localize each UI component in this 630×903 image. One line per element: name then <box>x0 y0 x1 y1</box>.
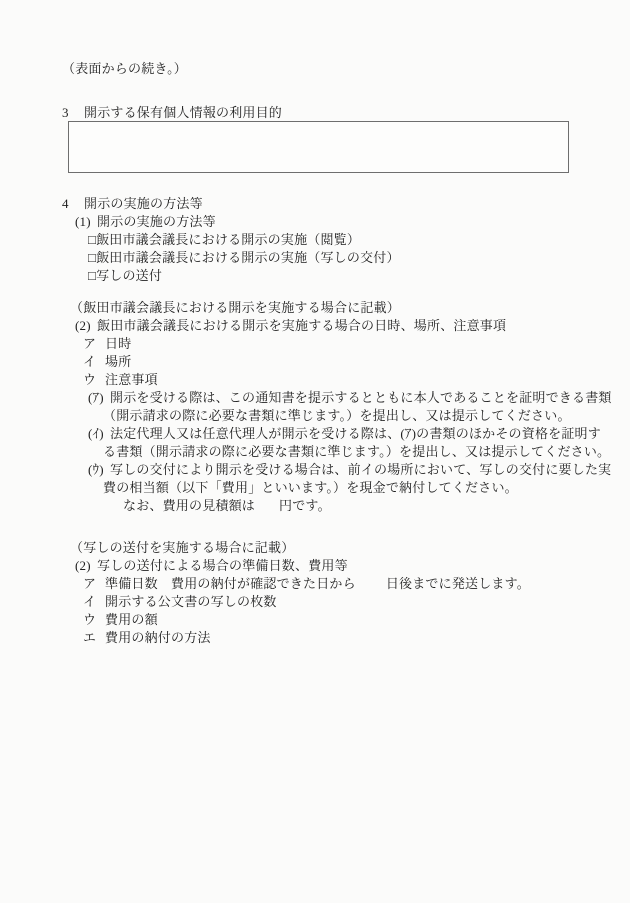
mailing-item-prep-days: ア準備日数 費用の納付が確認できた日から日後までに発送します。 <box>62 575 602 593</box>
prep-days-post: 日後までに発送します。 <box>386 576 530 591</box>
method-option-row: □写しの送付 <box>62 267 602 285</box>
caution-a-line2: （開示請求の際に必要な書類に準じます。）を提出し、又は提示してください。 <box>62 407 602 425</box>
item-label: 費用の納付の方法 <box>105 630 211 645</box>
method-option-row: □飯田市議会議長における開示の実施（閲覧） <box>62 231 602 249</box>
item-marker: イ <box>83 593 105 611</box>
onsite-note: （飯田市議会議長における開示を実施する場合に記載） <box>62 299 602 317</box>
item-label: 費用の額 <box>105 612 158 627</box>
mailing-number: (2) <box>75 557 97 575</box>
mailing-item-fee-amount: ウ費用の額 <box>62 611 602 629</box>
method-option-row: □飯田市議会議長における開示の実施（写しの交付） <box>62 249 602 267</box>
item-marker: ア <box>83 335 105 353</box>
item-marker: ウ <box>83 371 105 389</box>
mailing-subheading: (2)写しの送付による場合の準備日数、費用等 <box>62 557 602 575</box>
onsite-title: 飯田市議会議長における開示を実施する場合の日時、場所、注意事項 <box>97 318 506 333</box>
prep-days-pre: 準備日数 費用の納付が確認できた日から <box>105 576 356 591</box>
onsite-number: (2) <box>75 317 97 335</box>
onsite-item-cautions: ウ注意事項 <box>62 371 602 389</box>
purpose-of-use-box[interactable] <box>68 121 569 173</box>
section3-title: 開示する保有個人情報の利用目的 <box>84 105 282 120</box>
item-marker: エ <box>83 629 105 647</box>
section4-number: 4 <box>62 195 84 213</box>
section4-heading: 4開示の実施の方法等 <box>62 195 602 213</box>
item-label: 場所 <box>105 354 131 369</box>
item-marker: ウ <box>83 611 105 629</box>
method-title: 開示の実施の方法等 <box>97 214 216 229</box>
caution-b-line2: る書類（開示請求の際に必要な書類に準じます。）を提出し、又は提示してください。 <box>62 443 602 461</box>
onsite-subheading: (2)飯田市議会議長における開示を実施する場合の日時、場所、注意事項 <box>62 317 602 335</box>
caution-c-line1: (ｳ)写しの交付により開示を受ける場合は、前イの場所において、写しの交付に要した… <box>62 461 602 479</box>
mailing-item-fee-payment: エ費用の納付の方法 <box>62 629 602 647</box>
caution-a-line1: (ｱ)開示を受ける際は、この通知書を提示するとともに本人であることを証明できる書… <box>62 389 602 407</box>
onsite-item-place: イ場所 <box>62 353 602 371</box>
caution-marker: (ｲ) <box>88 425 110 443</box>
method-option-label: 飯田市議会議長における開示の実施（閲覧） <box>96 232 360 247</box>
fee-estimate-post: 円です。 <box>279 498 331 513</box>
caution-text: 法定代理人又は任意代理人が開示を受ける際は、(ｱ)の書類のほかその資格を証明す <box>110 426 601 441</box>
method-subheading: (1)開示の実施の方法等 <box>62 213 602 231</box>
caution-c-line2: 費の相当額（以下「費用」といいます。）を現金で納付してください。 <box>62 479 602 497</box>
item-marker: ア <box>83 575 105 593</box>
caution-text: 開示を受ける際は、この通知書を提示するとともに本人であることを証明できる書類 <box>110 390 612 405</box>
checkbox-icon[interactable]: □ <box>88 249 96 267</box>
section4-title: 開示の実施の方法等 <box>84 196 203 211</box>
document-page: （表面からの続き。） 3開示する保有個人情報の利用目的 4開示の実施の方法等 (… <box>0 0 630 903</box>
continuation-note: （表面からの続き。） <box>62 60 602 78</box>
checkbox-icon[interactable]: □ <box>88 231 96 249</box>
fee-estimate-line: なお、費用の見積額は円です。 <box>62 497 602 515</box>
section3-heading: 3開示する保有個人情報の利用目的 <box>62 104 602 122</box>
caution-marker: (ｳ) <box>88 461 110 479</box>
mailing-item-copies: イ開示する公文書の写しの枚数 <box>62 593 602 611</box>
method-option-label: 写しの送付 <box>96 268 162 283</box>
caution-b-line1: (ｲ)法定代理人又は任意代理人が開示を受ける際は、(ｱ)の書類のほかその資格を証… <box>62 425 602 443</box>
caution-marker: (ｱ) <box>88 389 110 407</box>
method-number: (1) <box>75 213 97 231</box>
fee-estimate-pre: なお、費用の見積額は <box>123 498 255 513</box>
item-label: 注意事項 <box>105 372 158 387</box>
caution-text: 写しの交付により開示を受ける場合は、前イの場所において、写しの交付に要した実 <box>110 462 611 477</box>
onsite-item-datetime: ア日時 <box>62 335 602 353</box>
item-marker: イ <box>83 353 105 371</box>
mailing-note: （写しの送付を実施する場合に記載） <box>62 539 602 557</box>
checkbox-icon[interactable]: □ <box>88 267 96 285</box>
item-label: 日時 <box>105 336 131 351</box>
section3-number: 3 <box>62 104 84 122</box>
method-option-label: 飯田市議会議長における開示の実施（写しの交付） <box>96 250 400 265</box>
item-label: 開示する公文書の写しの枚数 <box>105 594 277 609</box>
mailing-title: 写しの送付による場合の準備日数、費用等 <box>97 558 348 573</box>
